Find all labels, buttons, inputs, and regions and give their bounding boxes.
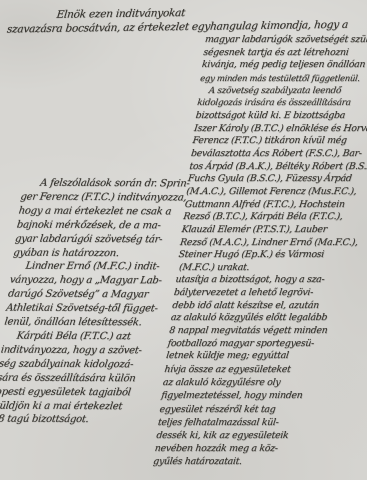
- handwritten-line: Iszer Károly (B.T.C.) elnöklése és Horvá…: [193, 123, 367, 136]
- handwritten-line: hogy a mai értekezlet ne csak a: [18, 204, 194, 219]
- handwritten-line: A szövetség szabályzata leendő: [198, 85, 367, 98]
- handwritten-line: magyar labdarúgók szövetségét szük-: [204, 34, 367, 47]
- handwritten-line: nevében hozzák meg a köz-: [154, 442, 344, 455]
- handwritten-line: debb idő alatt készítse el, azután: [171, 300, 361, 313]
- handwritten-line: dessék ki, kik az egyesületeik: [156, 429, 346, 442]
- handwritten-line: darúgó Szövetség” a Magyar: [7, 288, 183, 303]
- handwritten-line: lenül, önállóan létesíttessék.: [3, 316, 179, 331]
- handwritten-line: utasítja a bizottságot, hogy a sza-: [175, 274, 365, 287]
- handwritten-line: figyelmeztetéssel, hogy minden: [160, 389, 350, 402]
- handwritten-line: 8 nappal megvitatás végett minden: [168, 325, 358, 338]
- handwritten-line: bpesti egyesületek tagjaiból: [0, 385, 170, 400]
- handwritten-line: Guttmann Alfréd (F.T.C.), Hochstein: [184, 199, 367, 212]
- handwritten-line: letnek küldje meg; egyúttal: [165, 350, 355, 363]
- handwritten-line: Kárpáti Béla (F.T.C.) azt: [2, 330, 178, 345]
- handwritten-line: Fuchs Gyula (B.S.C.), Füzessy Árpád: [187, 173, 367, 186]
- handwritten-line: gyűlés határozatait.: [152, 455, 342, 468]
- handwritten-line: hívja össze az egyesületeket: [164, 363, 354, 376]
- handwritten-line: footballozó magyar sportegyesü-: [167, 338, 357, 351]
- handwritten-line: Athletikai Szövetség-től függet-: [5, 302, 181, 317]
- handwritten-line: ségesnek tartja és azt létrehozni: [203, 47, 367, 60]
- handwritten-line: gyában is határozzon.: [12, 246, 188, 261]
- handwritten-line: tos Árpád (B.A.K.), Béltéky Róbert (B.S.…: [189, 161, 367, 174]
- handwritten-line: az alakuló közgyűlés előtt legalább: [170, 312, 360, 325]
- left-column-text: A felszólalások során dr. Sprin-ger Fere…: [0, 177, 197, 428]
- handwritten-line: (M.A.C.), Gillemot Ferencz (Mus.F.C.),: [185, 186, 367, 199]
- handwritten-line: Steiner Hugó (Ep.K.) és Vármosi: [178, 249, 367, 262]
- handwritten-line: Rezső (B.T.C.), Kárpáti Béla (F.T.C.),: [182, 211, 367, 224]
- handwritten-line: kidolgozás irására és összeállítására: [196, 97, 367, 110]
- handwritten-line: egyesület részéről két tag: [159, 403, 349, 416]
- handwritten-line: beválasztotta Ács Róbert (F.S.C.), Bar-: [190, 148, 367, 161]
- handwritten-line: bajnoki mérkőzések, de a ma-: [16, 218, 192, 233]
- handwritten-line: teljes felhatalmazással kül-: [157, 416, 347, 429]
- handwritten-line: Ferencz (F.T.C.) titkáron kívül még: [192, 135, 367, 148]
- intro-paragraph: Elnök ezen inditványokatszavazásra bocsá…: [6, 4, 366, 37]
- handwritten-line: az alakuló közgyűlésre oly: [162, 376, 352, 389]
- handwritten-line: gyar labdarúgói szövetség tár-: [14, 232, 190, 247]
- handwritten-line: Lindner Ernő (M.F.C.) indit-: [11, 260, 187, 275]
- handwritten-line: egy minden más testülettől függetlenül.: [199, 72, 367, 85]
- handwritten-line: inditványozza, hogy a szövet-: [0, 343, 176, 358]
- handwritten-line: 18 tagú bizottságot.: [0, 413, 167, 428]
- handwritten-line: Rezső (M.A.C.), Lindner Ernő (Ma.F.C.),: [179, 237, 367, 250]
- scanned-manuscript-page: Elnök ezen inditványokatszavazásra bocsá…: [0, 0, 367, 480]
- handwritten-line: bizottságot küld ki. E bizottságba: [195, 110, 367, 123]
- handwritten-line: ség szabályainak kidolgozá-: [0, 357, 174, 372]
- handwritten-line: Klauzál Elemér (P.T.S.T.), Lauber: [181, 224, 367, 237]
- handwritten-line: kivánja, még pedig teljesen önállóan: [201, 59, 367, 72]
- handwritten-line: ger Ferencz (F.T.C.) inditványozza,: [20, 190, 196, 205]
- handwritten-line: (M.F.C.) urakat.: [176, 262, 366, 275]
- handwritten-line: ványozza, hogy a „Magyar Lab-: [9, 274, 185, 289]
- handwritten-line: sára és összeállítására külön: [0, 371, 172, 386]
- handwritten-line: A felszólalások során dr. Sprin-: [21, 177, 197, 192]
- handwritten-line: küldjön ki a mai értekezlet: [0, 399, 168, 414]
- handwritten-line: bálytervezetet a lehető legrövi-: [173, 287, 363, 300]
